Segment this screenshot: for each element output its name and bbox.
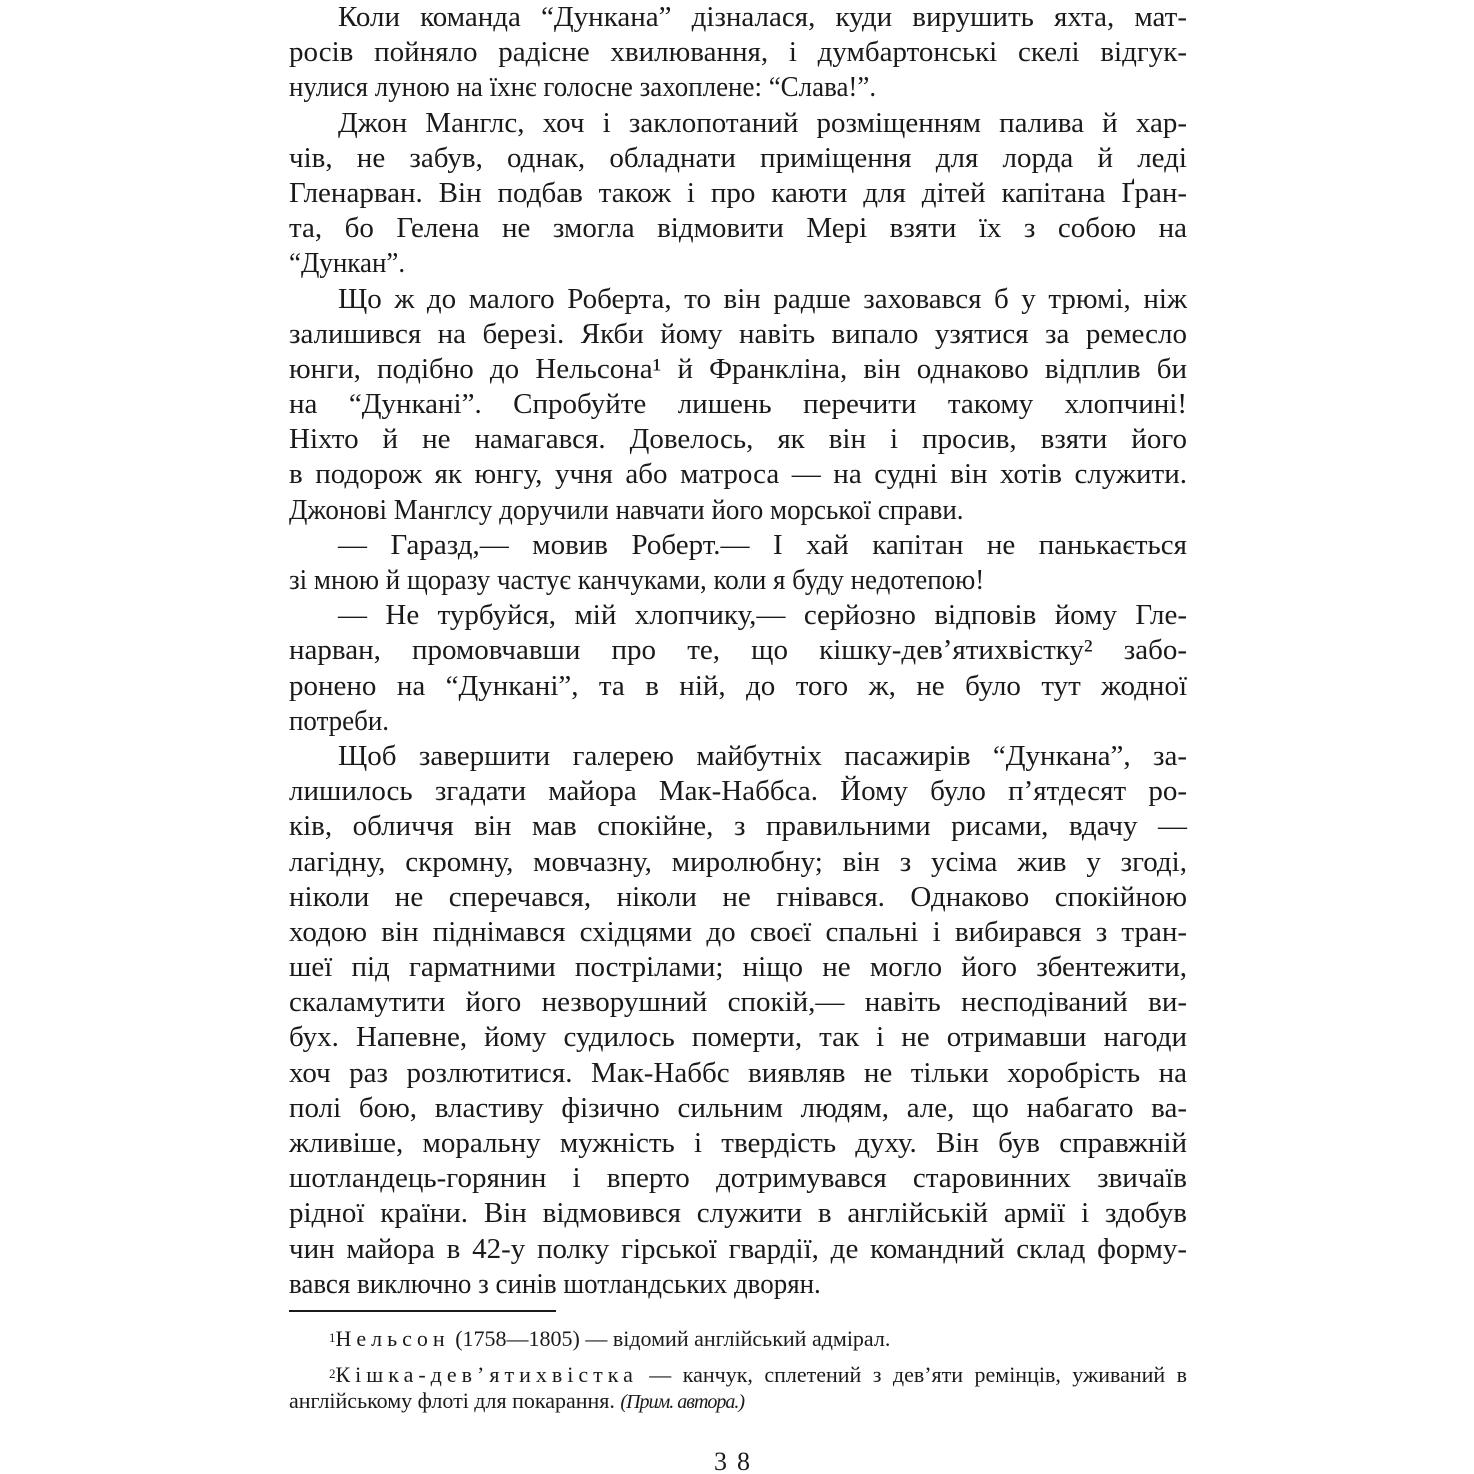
footnotes: 1Нельсон (1758—1805) — відомий англійськ… bbox=[289, 1326, 1187, 1425]
footnote-1-term: Нельсон bbox=[336, 1326, 450, 1351]
text-line: шотландець-горянин і вперто дотримувався… bbox=[289, 1161, 1187, 1196]
text-line: чів, не забув, однак, обладнати приміщен… bbox=[289, 141, 1187, 176]
text-line: ніколи не сперечався, ніколи не гнівався… bbox=[289, 880, 1187, 915]
text-line: лишилось згадати майора Мак-Наббса. Йому… bbox=[289, 774, 1187, 809]
footnote-2-author-note: (Прим. автора.) bbox=[620, 1391, 744, 1413]
text-line: — Гаразд,— мовив Роберт.— І хай капітан … bbox=[289, 528, 1187, 563]
text-line: Коли команда “Дункана” дізналася, куди в… bbox=[289, 0, 1187, 35]
text-line: нулися луною на їхнє голосне захоплене: … bbox=[289, 70, 1187, 105]
text-line: чин майора в 42-у полку гірської гвардії… bbox=[289, 1232, 1187, 1267]
footnote-1-text: (1758—1805) — відомий англійський адміра… bbox=[450, 1326, 891, 1351]
text-line: шеї під гарматними пострілами; ніщо не м… bbox=[289, 950, 1187, 985]
text-line: ходою він піднімався східцями до своєї с… bbox=[289, 915, 1187, 950]
text-line: лагідну, скромну, мовчазну, миролюбну; в… bbox=[289, 845, 1187, 880]
main-text-column: Коли команда “Дункана” дізналася, куди в… bbox=[289, 0, 1187, 1302]
text-line: Щоб завершити галерею майбутніх пасажирі… bbox=[289, 739, 1187, 774]
text-line: росів пойняло радісне хвилювання, і думб… bbox=[289, 35, 1187, 70]
text-line: скаламутити його незворушний спокій,— на… bbox=[289, 985, 1187, 1020]
text-line: рідної країни. Він відмовився служити в … bbox=[289, 1196, 1187, 1231]
text-line: та, бо Гелена не змогла відмовити Мері в… bbox=[289, 211, 1187, 246]
text-line: в подорож як юнгу, учня або матроса — на… bbox=[289, 457, 1187, 492]
page-number: 38 bbox=[0, 1447, 1474, 1474]
footnote-2: 2Кішка-дев’ятихвістка — канчук, сплетени… bbox=[289, 1362, 1187, 1415]
text-line: нарван, промовчавши про те, що кішку-дев… bbox=[289, 633, 1187, 668]
text-line: жливіше, моральну мужність і твердість д… bbox=[289, 1126, 1187, 1161]
text-line: хоч раз розлютитися. Мак-Наббс виявляв н… bbox=[289, 1056, 1187, 1091]
text-line: на “Дункані”. Спробуйте лишень перечити … bbox=[289, 387, 1187, 422]
text-line: “Дункан”. bbox=[289, 246, 1187, 281]
text-line: потреби. bbox=[289, 704, 1187, 739]
text-line: ків, обличчя він мав спокійне, з правиль… bbox=[289, 809, 1187, 844]
footnote-2-term: Кішка-дев’ятихвістка bbox=[336, 1362, 638, 1387]
text-line: залишився на березі. Якби йому навіть ви… bbox=[289, 317, 1187, 352]
text-line: зі мною й щоразу частує канчуками, коли … bbox=[289, 563, 1187, 598]
text-line: ронено на “Дункані”, та в ній, до того ж… bbox=[289, 669, 1187, 704]
footnote-separator-rule bbox=[289, 1310, 556, 1312]
text-line: Ніхто й не намагався. Довелось, як він і… bbox=[289, 422, 1187, 457]
text-line: Гленарван. Він подбав також і про каюти … bbox=[289, 176, 1187, 211]
footnote-2-marker: 2 bbox=[329, 1366, 336, 1381]
text-line: полі бою, властиву фізично сильним людям… bbox=[289, 1091, 1187, 1126]
text-line: юнги, подібно до Нельсона¹ й Франкліна, … bbox=[289, 352, 1187, 387]
text-line: Джонові Манглсу доручили навчати його мо… bbox=[289, 493, 1187, 528]
text-line: — Не турбуйся, мій хлопчику,— серйозно в… bbox=[289, 598, 1187, 633]
text-line: бух. Напевне, йому судилось померти, так… bbox=[289, 1020, 1187, 1055]
text-line: вався виключно з синів шотландських двор… bbox=[289, 1267, 1187, 1302]
text-line: Що ж до малого Роберта, то він радше зах… bbox=[289, 282, 1187, 317]
footnote-1-marker: 1 bbox=[329, 1330, 336, 1345]
footnote-1: 1Нельсон (1758—1805) — відомий англійськ… bbox=[289, 1326, 1187, 1352]
text-line: Джон Манглс, хоч і заклопотаний розміщен… bbox=[289, 106, 1187, 141]
